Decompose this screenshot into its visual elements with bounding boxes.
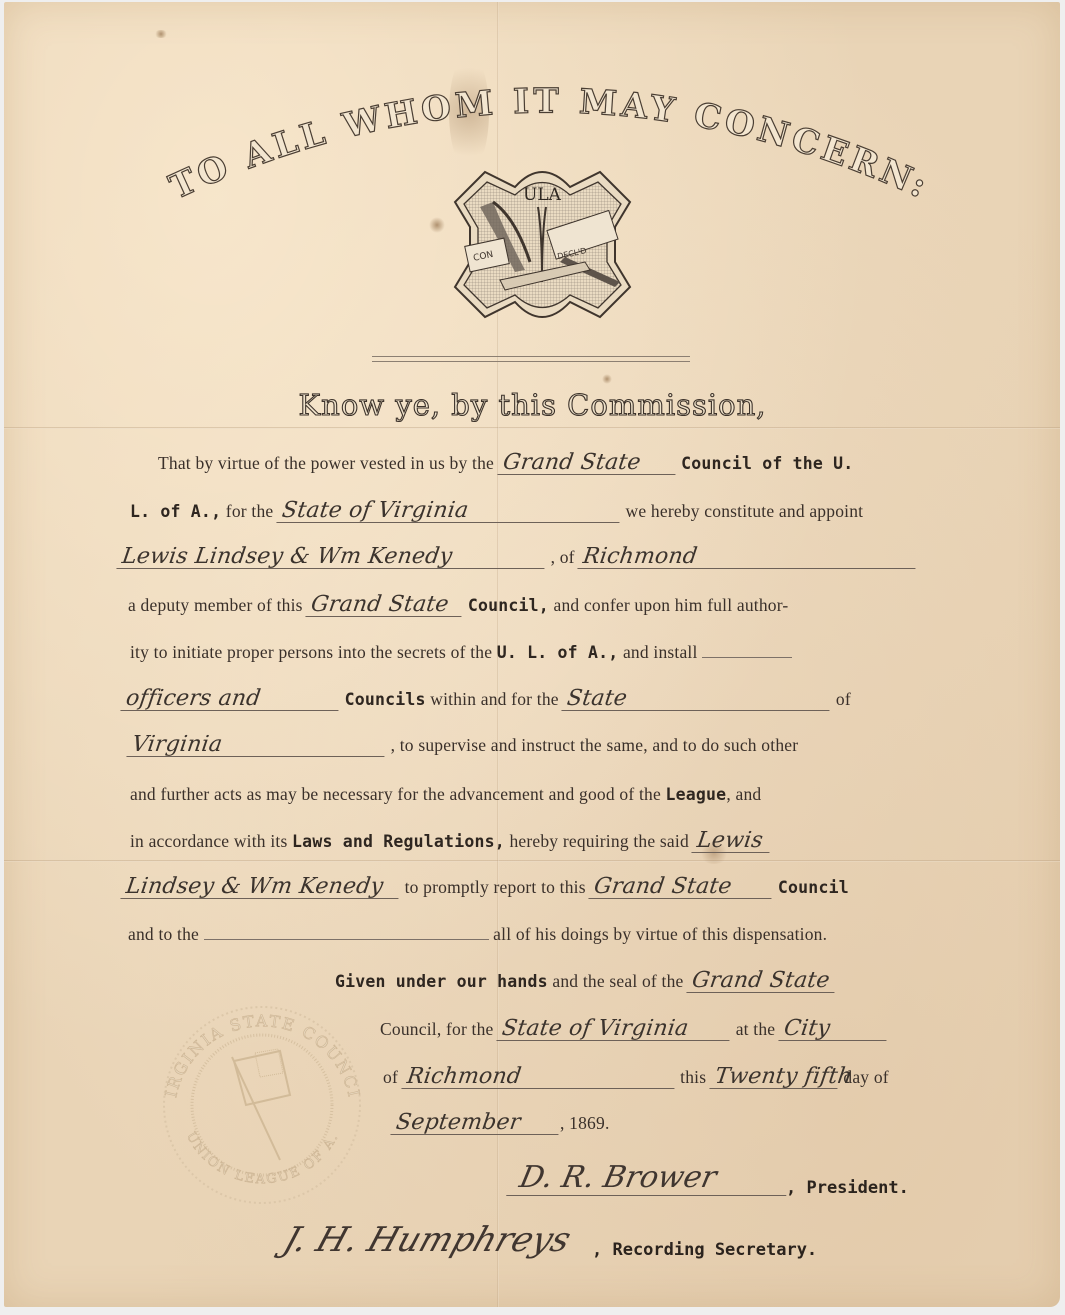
handwritten-field: City bbox=[778, 1018, 889, 1041]
fold-crease bbox=[4, 427, 1060, 429]
closing-line-4: September, 1869. bbox=[392, 1112, 610, 1135]
handwritten-field: State of Virginia bbox=[496, 1018, 732, 1041]
closing-line-1: Given under our hands and the seal of th… bbox=[335, 970, 836, 993]
embossed-seal: VIRGINIA STATE COUNCIL UNION LEAGUE OF A… bbox=[150, 995, 375, 1205]
handwritten-field: State bbox=[562, 688, 833, 711]
president-signature: D. R. Brower bbox=[506, 1160, 794, 1196]
fold-crease bbox=[4, 860, 1060, 862]
handwritten-field: Lindsey & Wm Kenedy bbox=[120, 876, 401, 899]
body-line-10: Lindsey & Wm Kenedy to promptly report t… bbox=[122, 876, 849, 899]
subheading: Know ye, by this Commission, bbox=[0, 388, 1065, 422]
handwritten-field: Richmond bbox=[401, 1066, 677, 1089]
handwritten-field: September bbox=[390, 1112, 561, 1135]
handwritten-field: Lewis bbox=[692, 830, 773, 853]
body-line-2: L. of A., for the State of Virginia we h… bbox=[130, 500, 863, 523]
closing-line-3: of Richmond this Twenty fifth day of bbox=[383, 1066, 889, 1089]
blank-field bbox=[204, 925, 489, 940]
svg-text:VIRGINIA STATE COUNCIL: VIRGINIA STATE COUNCIL bbox=[150, 995, 364, 1100]
handwritten-field: Twenty fifth bbox=[709, 1066, 840, 1089]
svg-text:ULA: ULA bbox=[523, 185, 562, 205]
handwritten-field: Richmond bbox=[578, 546, 919, 569]
body-line-4: a deputy member of this Grand State Coun… bbox=[128, 594, 788, 617]
body-line-6: officers and Councils within and for the… bbox=[122, 688, 851, 711]
ula-emblem: ULA CON DECL'D bbox=[445, 162, 640, 327]
body-line-5: ity to initiate proper persons into the … bbox=[130, 642, 792, 663]
body-line-7: Virginia , to supervise and instruct the… bbox=[128, 734, 798, 757]
body-line-3: Lewis Lindsey & Wm Kenedy , of Richmond bbox=[118, 546, 917, 569]
handwritten-field: Virginia bbox=[126, 734, 387, 757]
closing-line-2: Council, for the State of Virginia at th… bbox=[380, 1018, 888, 1041]
body-line-8: and further acts as may be necessary for… bbox=[130, 784, 761, 805]
decorative-rule bbox=[372, 356, 690, 362]
handwritten-field: Lewis Lindsey & Wm Kenedy bbox=[116, 546, 547, 569]
blank-field bbox=[702, 643, 792, 658]
president-label: , President. bbox=[786, 1178, 909, 1198]
secretary-signature: J. H. Humphreys bbox=[279, 1220, 576, 1260]
svg-text:UNION LEAGUE OF A.: UNION LEAGUE OF A. bbox=[183, 1130, 342, 1188]
secretary-label: , Recording Secretary. bbox=[592, 1240, 817, 1260]
stain bbox=[602, 374, 612, 384]
handwritten-field: Grand State bbox=[306, 594, 465, 617]
handwritten-field: State of Virginia bbox=[276, 500, 622, 523]
handwritten-field: Grand State bbox=[589, 876, 775, 899]
handwritten-field: officers and bbox=[120, 688, 341, 711]
body-line-11: and to the all of his doings by virtue o… bbox=[128, 924, 827, 945]
handwritten-field: Grand State bbox=[686, 970, 837, 993]
body-line-9: in accordance with its Laws and Regulati… bbox=[130, 830, 771, 853]
handwritten-field: Grand State bbox=[497, 452, 678, 475]
body-line-1: That by virtue of the power vested in us… bbox=[158, 452, 853, 475]
